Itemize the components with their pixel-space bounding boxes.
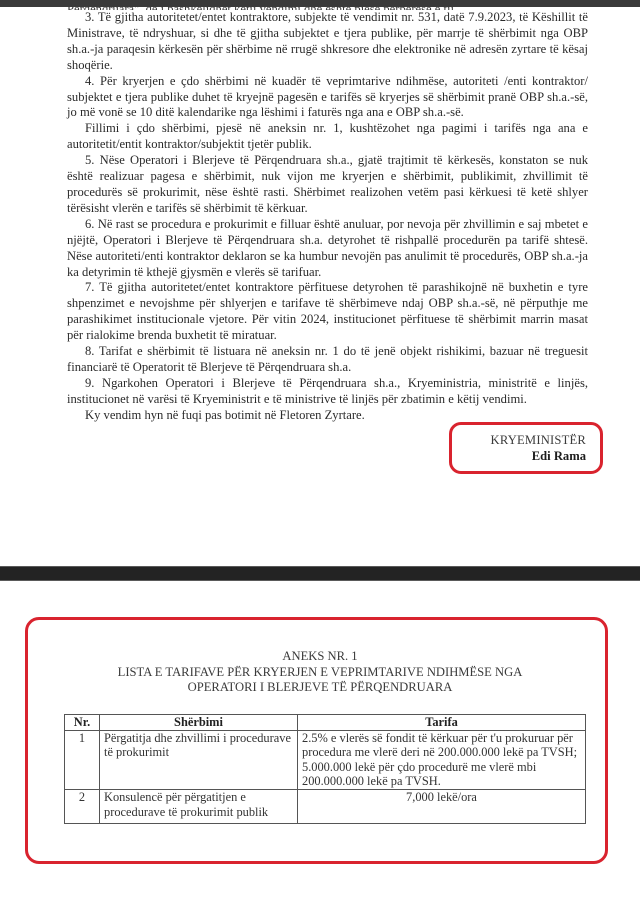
paragraph-4-continued: Fillimi i çdo shërbimi, pjesë në aneksin…	[67, 121, 588, 153]
fee-line: 2.5% e vlerës së fondit të kërkuar për t…	[302, 731, 581, 760]
signature-highlight-box: KRYEMINISTËR Edi Rama	[449, 422, 603, 474]
paragraph-7: 7. Të gjitha autoritetet/entet kontrakto…	[67, 280, 588, 344]
fee-table: Nr. Shërbimi Tarifa 1 Përgatitja dhe zhv…	[64, 714, 586, 824]
annex-title: ANEKS NR. 1 LISTA E TARIFAVE PËR KRYERJE…	[40, 649, 600, 696]
table-row: 1 Përgatitja dhe zhvillimi i procedurave…	[65, 730, 586, 789]
signature-title: KRYEMINISTËR	[491, 433, 586, 448]
service-cell: Konsulencë për përgatitjen e procedurave…	[100, 789, 298, 823]
paragraph-8: 8. Tarifat e shërbimit të listuara në an…	[67, 344, 588, 376]
table-header-row: Nr. Shërbimi Tarifa	[65, 715, 586, 731]
paragraph-3: 3. Të gjitha autoritetet/entet kontrakto…	[67, 10, 588, 74]
paragraph-6: 6. Në rast se procedura e prokurimit e f…	[67, 217, 588, 281]
annex-heading-line-2: OPERATORI I BLERJEVE TË PËRQENDRUARA	[40, 680, 600, 696]
fee-cell: 2.5% e vlerës së fondit të kërkuar për t…	[298, 730, 586, 789]
header-nr: Nr.	[65, 715, 100, 731]
fee-line: 5.000.000 lekë për çdo procedurë me vler…	[302, 760, 581, 789]
row-number: 1	[65, 730, 100, 789]
header-fee: Tarifa	[298, 715, 586, 731]
decision-body: 3. Të gjitha autoritetet/entet kontrakto…	[67, 10, 588, 424]
paragraph-4: 4. Për kryerjen e çdo shërbimi në kuadër…	[67, 74, 588, 122]
page-divider-bar	[0, 566, 640, 581]
signature-name: Edi Rama	[532, 449, 586, 464]
annex-heading-line-1: LISTA E TARIFAVE PËR KRYERJEN E VEPRIMTA…	[40, 665, 600, 681]
fee-line: 7,000 lekë/ora	[302, 790, 581, 805]
annex-number: ANEKS NR. 1	[40, 649, 600, 665]
service-cell: Përgatitja dhe zhvillimi i procedurave t…	[100, 730, 298, 789]
cut-off-text-line: Përqendruara", që i bashkëlidhet këtij v…	[67, 2, 587, 10]
fee-cell: 7,000 lekë/ora	[298, 789, 586, 823]
paragraph-9: 9. Ngarkohen Operatori i Blerjeve të Për…	[67, 376, 588, 408]
table-row: 2 Konsulencë për përgatitjen e procedura…	[65, 789, 586, 823]
header-service: Shërbimi	[100, 715, 298, 731]
paragraph-5: 5. Nëse Operatori i Blerjeve të Përqendr…	[67, 153, 588, 217]
row-number: 2	[65, 789, 100, 823]
